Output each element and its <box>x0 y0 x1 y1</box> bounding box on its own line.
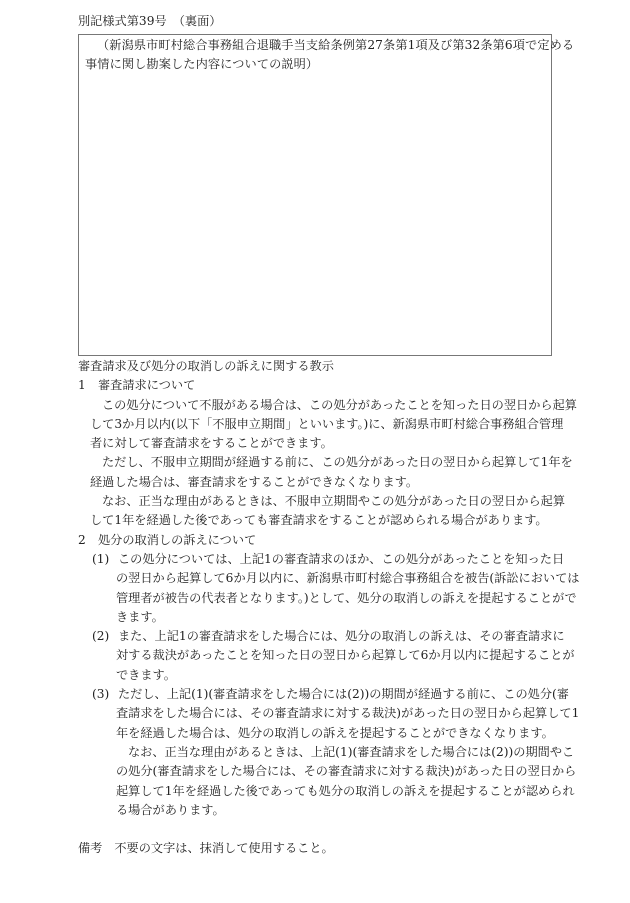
text-line: 経過した場合は、審査請求をすることができなくなります。 <box>78 473 552 492</box>
item-number: (1) <box>92 550 118 569</box>
text-line: ただし、不服申立期間が経過する前に、この処分があった日の翌日から起算して1年を <box>78 453 552 472</box>
section-2-item-1: (1)この処分については、上記1の審査請求のほか、この処分があったことを知った日… <box>78 550 552 627</box>
explanation-box-caption: （新潟県市町村総合事務組合退職手当支給条例第27条第1項及び第32条第6項で定め… <box>79 35 551 75</box>
section-1-heading: 1審査請求について <box>78 376 552 395</box>
section-1-paragraph-1: この処分について不服がある場合は、この処分があったことを知った日の翌日から起算 … <box>78 396 552 454</box>
section-1-paragraph-2: ただし、不服申立期間が経過する前に、この処分があった日の翌日から起算して1年を … <box>78 453 552 492</box>
form-number-label: 別記様式第39号 （裏面） <box>78 12 221 31</box>
section-1-number: 1 <box>78 376 98 395</box>
section-2-item-3: (3)ただし、上記(1)(審査請求をした場合には(2))の期間が経過する前に、こ… <box>78 685 552 820</box>
remarks-text: 不要の文字は、抹消して使用すること。 <box>114 841 333 855</box>
item-number: (2) <box>92 627 118 646</box>
item-first-line: (1)この処分については、上記1の審査請求のほか、この処分があったことを知った日 <box>78 550 552 569</box>
box-caption-line-2: 事情に関し勘案した内容についての説明） <box>85 55 545 74</box>
text-line: 年を経過した場合は、処分の取消しの訴えを提起することができなくなります。 <box>78 724 552 743</box>
section-1-heading-text: 審査請求について <box>98 378 195 392</box>
text-line: ただし、上記(1)(審査請求をした場合には(2))の期間が経過する前に、この処分… <box>118 687 569 701</box>
section-2-item-2: (2)また、上記1の審査請求をした場合には、処分の取消しの訴えは、その審査請求に… <box>78 627 552 685</box>
instruction-section: 審査請求及び処分の取消しの訴えに関する教示 1審査請求について この処分について… <box>78 357 552 859</box>
text-line: また、上記1の審査請求をした場合には、処分の取消しの訴えは、その審査請求に <box>118 629 565 643</box>
text-line: なお、正当な理由があるときは、上記(1)(審査請求をした場合には(2))の期間や… <box>78 743 552 762</box>
text-line: 者に対して審査請求をすることができます。 <box>78 434 552 453</box>
spacer <box>78 820 552 839</box>
text-line: この処分について不服がある場合は、この処分があったことを知った日の翌日から起算 <box>78 396 552 415</box>
text-line: して1年を経過した後であっても審査請求をすることが認められる場合があります。 <box>78 511 552 530</box>
text-line: の翌日から起算して6か月以内に、新潟県市町村総合事務組合を被告(訴訟においては <box>78 569 552 588</box>
box-caption-line-1: （新潟県市町村総合事務組合退職手当支給条例第27条第1項及び第32条第6項で定め… <box>85 36 545 55</box>
explanation-box: （新潟県市町村総合事務組合退職手当支給条例第27条第1項及び第32条第6項で定め… <box>78 34 552 356</box>
text-line: 起算して1年を経過した後であっても処分の取消しの訴えを提起することが認められ <box>78 782 552 801</box>
text-line: 査請求をした場合には、その審査請求に対する裁決)があった日の翌日から起算して1 <box>78 704 552 723</box>
remarks: 備考不要の文字は、抹消して使用すること。 <box>78 839 552 858</box>
text-line: して3か月以内(以下「不服申立期間」といいます。)に、新潟県市町村総合事務組合管… <box>78 415 552 434</box>
text-line: なお、正当な理由があるときは、不服申立期間やこの処分があった日の翌日から起算 <box>78 492 552 511</box>
section-2-heading-text: 処分の取消しの訴えについて <box>98 533 256 547</box>
section-2-number: 2 <box>78 531 98 550</box>
text-line: る場合があります。 <box>78 801 552 820</box>
text-line: できます。 <box>78 666 552 685</box>
text-line: の処分(審査請求をした場合には、その審査請求に対する裁決)があった日の翌日から <box>78 762 552 781</box>
text-line: 管理者が被告の代表者となります。)として、処分の取消しの訴えを提起することがで <box>78 589 552 608</box>
section-2-heading: 2処分の取消しの訴えについて <box>78 531 552 550</box>
item-number: (3) <box>92 685 118 704</box>
instruction-title: 審査請求及び処分の取消しの訴えに関する教示 <box>78 357 552 376</box>
section-1-paragraph-3: なお、正当な理由があるときは、不服申立期間やこの処分があった日の翌日から起算 し… <box>78 492 552 531</box>
item-first-line: (3)ただし、上記(1)(審査請求をした場合には(2))の期間が経過する前に、こ… <box>78 685 552 704</box>
text-line: きます。 <box>78 608 552 627</box>
text-line: この処分については、上記1の審査請求のほか、この処分があったことを知った日 <box>118 552 564 566</box>
text-line: 対する裁決があったことを知った日の翌日から起算して6か月以内に提起することが <box>78 646 552 665</box>
item-first-line: (2)また、上記1の審査請求をした場合には、処分の取消しの訴えは、その審査請求に <box>78 627 552 646</box>
remarks-label: 備考 <box>78 841 102 855</box>
